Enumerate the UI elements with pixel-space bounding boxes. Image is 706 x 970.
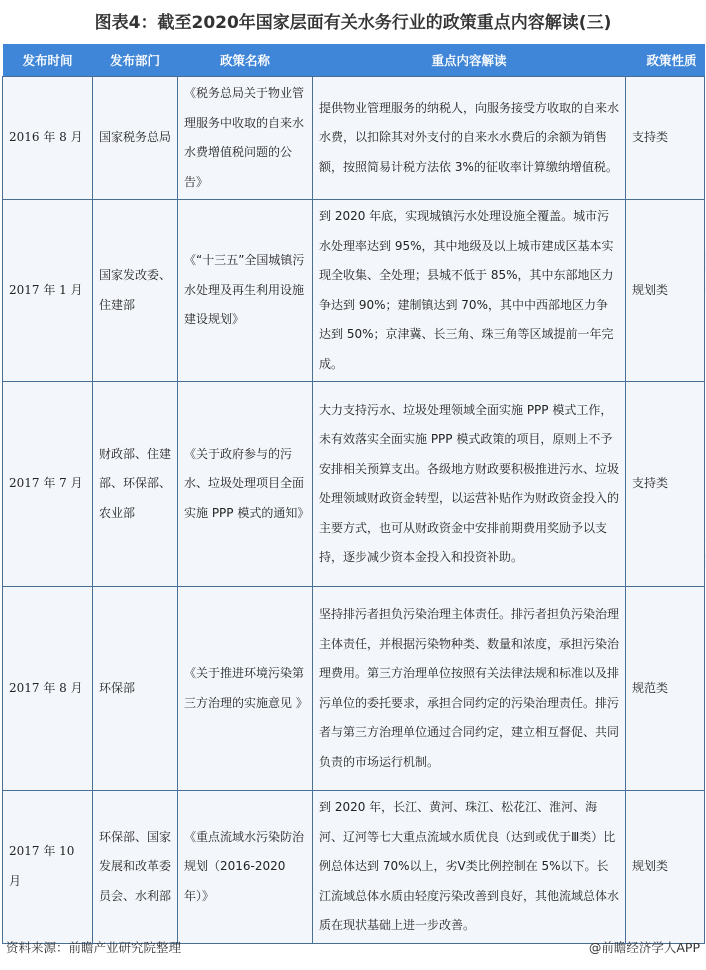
cell-content: 坚持排污者担负污染治理主体责任。排污者担负污染治理主体责任，并根据污染物种类、数… (313, 587, 626, 791)
cell-nature: 规范类 (626, 587, 705, 791)
cell-policy: 《税务总局关于物业管理服务中收取的自来水水费增值税问题的公告》 (178, 77, 313, 200)
cell-department: 环保部、国家发展和改革委员会、水利部 (93, 791, 178, 944)
cell-date: 2017 年 10 月 (3, 791, 93, 944)
table-row: 2017 年 1 月 国家发改委、住建部 《“十三五”全国城镇污水处理及再生利用… (3, 200, 705, 382)
table-header-row: 发布时间 发布部门 政策名称 重点内容解读 政策性质 (3, 44, 705, 77)
policy-table: 发布时间 发布部门 政策名称 重点内容解读 政策性质 2016 年 8 月 国家… (2, 44, 705, 944)
cell-nature: 支持类 (626, 382, 705, 587)
cell-date: 2016 年 8 月 (3, 77, 93, 200)
cell-content: 大力支持污水、垃圾处理领域全面实施 PPP 模式工作，未有效落实全面实施 PPP… (313, 382, 626, 587)
header-date: 发布时间 (3, 44, 93, 77)
cell-policy: 《重点流域水污染防治规划（2016-2020 年）》 (178, 791, 313, 944)
cell-content: 到 2020 年底，实现城镇污水处理设施全覆盖。城市污水处理率达到 95%，其中… (313, 200, 626, 382)
credit-note: @前瞻经济学人APP (589, 938, 700, 956)
table-row: 2017 年 7 月 财政部、住建部、环保部、农业部 《关于政府参与的污水、垃圾… (3, 382, 705, 587)
table-row: 2017 年 8 月 环保部 《关于推进环境污染第三方治理的实施意见 》 坚持排… (3, 587, 705, 791)
cell-policy: 《关于政府参与的污水、垃圾处理项目全面实施 PPP 模式的通知》 (178, 382, 313, 587)
cell-department: 环保部 (93, 587, 178, 791)
page-title: 图表4：截至2020年国家层面有关水务行业的政策重点内容解读(三) (0, 8, 706, 33)
table-row: 2017 年 10 月 环保部、国家发展和改革委员会、水利部 《重点流域水污染防… (3, 791, 705, 944)
cell-content: 到 2020 年，长江、黄河、珠江、松花江、淮河、海河、辽河等七大重点流域水质优… (313, 791, 626, 944)
cell-date: 2017 年 1 月 (3, 200, 93, 382)
cell-date: 2017 年 8 月 (3, 587, 93, 791)
cell-department: 财政部、住建部、环保部、农业部 (93, 382, 178, 587)
cell-policy: 《关于推进环境污染第三方治理的实施意见 》 (178, 587, 313, 791)
cell-policy: 《“十三五”全国城镇污水处理及再生利用设施建设规划》 (178, 200, 313, 382)
cell-nature: 规划类 (626, 791, 705, 944)
header-department: 发布部门 (93, 44, 178, 77)
cell-nature: 支持类 (626, 77, 705, 200)
source-note: 资料来源：前瞻产业研究院整理 (6, 938, 181, 956)
cell-department: 国家发改委、住建部 (93, 200, 178, 382)
header-nature: 政策性质 (626, 44, 705, 77)
header-policy-name: 政策名称 (178, 44, 313, 77)
cell-date: 2017 年 7 月 (3, 382, 93, 587)
header-content: 重点内容解读 (313, 44, 626, 77)
cell-department: 国家税务总局 (93, 77, 178, 200)
cell-nature: 规划类 (626, 200, 705, 382)
table-row: 2016 年 8 月 国家税务总局 《税务总局关于物业管理服务中收取的自来水水费… (3, 77, 705, 200)
cell-content: 提供物业管理服务的纳税人，向服务接受方收取的自来水水费，以扣除其对外支付的自来水… (313, 77, 626, 200)
